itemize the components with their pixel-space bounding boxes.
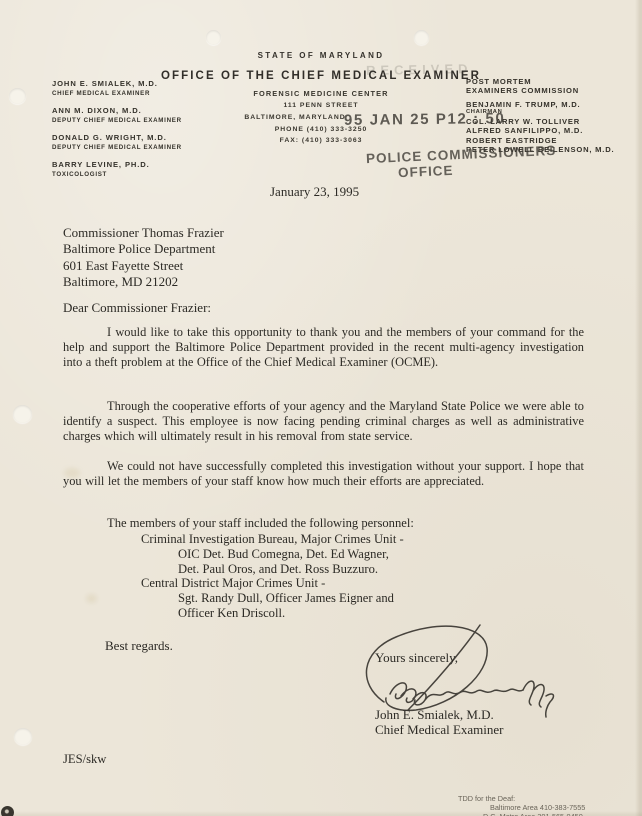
official-entry: ANN M. DIXON, M.D. DEPUTY CHIEF MEDICAL … (52, 106, 252, 124)
police-commissioners-stamp-line1: POLICE COMMISSIONERS (366, 143, 557, 166)
tdd-dc-line: D.C. Metro Area 301-565-0450 (483, 812, 583, 816)
official-title: CHIEF MEDICAL EXAMINER (52, 90, 252, 97)
scanned-letter-page: STATE OF MARYLAND OFFICE OF THE CHIEF ME… (0, 0, 642, 816)
letterhead-state-line: STATE OF MARYLAND (0, 51, 642, 60)
body-paragraph-3: We could not have successfully completed… (63, 459, 584, 489)
punch-hole-left-bottom (14, 728, 32, 745)
police-commissioners-stamp-line2: OFFICE (398, 163, 454, 180)
recipient-line: 601 East Fayette Street (63, 258, 224, 274)
tdd-baltimore-line: Baltimore Area 410-383-7555 (490, 803, 585, 812)
official-entry: BARRY LEVINE, PH.D. TOXICOLOGIST (52, 160, 252, 178)
personnel-line: Det. Paul Oros, and Det. Ross Buzzuro. (63, 562, 404, 577)
corner-mark (1, 806, 14, 816)
recipient-line: Baltimore, MD 21202 (63, 274, 224, 290)
signer-title: Chief Medical Examiner (375, 722, 504, 737)
personnel-intro: The members of your staff included the f… (107, 516, 414, 531)
commission-title: EXAMINERS COMMISSION (466, 86, 641, 95)
official-entry: JOHN E. SMIALEK, M.D. CHIEF MEDICAL EXAM… (52, 79, 252, 97)
body-paragraph-2: Through the cooperative efforts of your … (63, 399, 584, 444)
punch-hole-left-middle (13, 405, 32, 423)
salutation: Dear Commissioner Frazier: (63, 300, 211, 316)
signature-block: John E. Smialek, M.D. Chief Medical Exam… (375, 707, 504, 738)
commission-chairman-name: BENJAMIN F. TRUMP, M.D. (466, 100, 641, 109)
closing-best-regards: Best regards. (105, 638, 173, 654)
recipient-line: Baltimore Police Department (63, 241, 224, 257)
signer-name: John E. Smialek, M.D. (375, 707, 504, 722)
recipient-address: Commissioner Thomas Frazier Baltimore Po… (63, 225, 224, 291)
official-entry: DONALD G. WRIGHT, M.D. DEPUTY CHIEF MEDI… (52, 133, 252, 151)
personnel-line: OIC Det. Bud Comegna, Det. Ed Wagner, (63, 547, 404, 562)
official-name: JOHN E. SMIALEK, M.D. (52, 79, 252, 88)
date-time-stamp: 95 JAN 25 P12 : 50 (344, 110, 506, 129)
personnel-line: Criminal Investigation Bureau, Major Cri… (63, 532, 404, 547)
official-name: DONALD G. WRIGHT, M.D. (52, 133, 252, 142)
received-stamp: RECEIVED (366, 61, 473, 78)
letter-date: January 23, 1995 (270, 184, 359, 200)
punch-hole-top-right (414, 30, 429, 45)
recipient-line: Commissioner Thomas Frazier (63, 225, 224, 241)
body-paragraph-1: I would like to take this opportunity to… (63, 325, 584, 370)
official-name: BARRY LEVINE, PH.D. (52, 160, 252, 169)
official-title: DEPUTY CHIEF MEDICAL EXAMINER (52, 144, 252, 151)
typist-initials: JES/skw (63, 752, 106, 767)
official-title: DEPUTY CHIEF MEDICAL EXAMINER (52, 117, 252, 124)
commission-title: POST MORTEM (466, 77, 641, 86)
personnel-line: Central District Major Crimes Unit - (63, 576, 404, 591)
official-name: ANN M. DIXON, M.D. (52, 106, 252, 115)
official-title: TOXICOLOGIST (52, 171, 252, 178)
punch-hole-top-left (206, 30, 221, 45)
tdd-heading: TDD for the Deaf: (458, 794, 515, 803)
commission-member: ALFRED SANFILIPPO, M.D. (466, 126, 641, 135)
